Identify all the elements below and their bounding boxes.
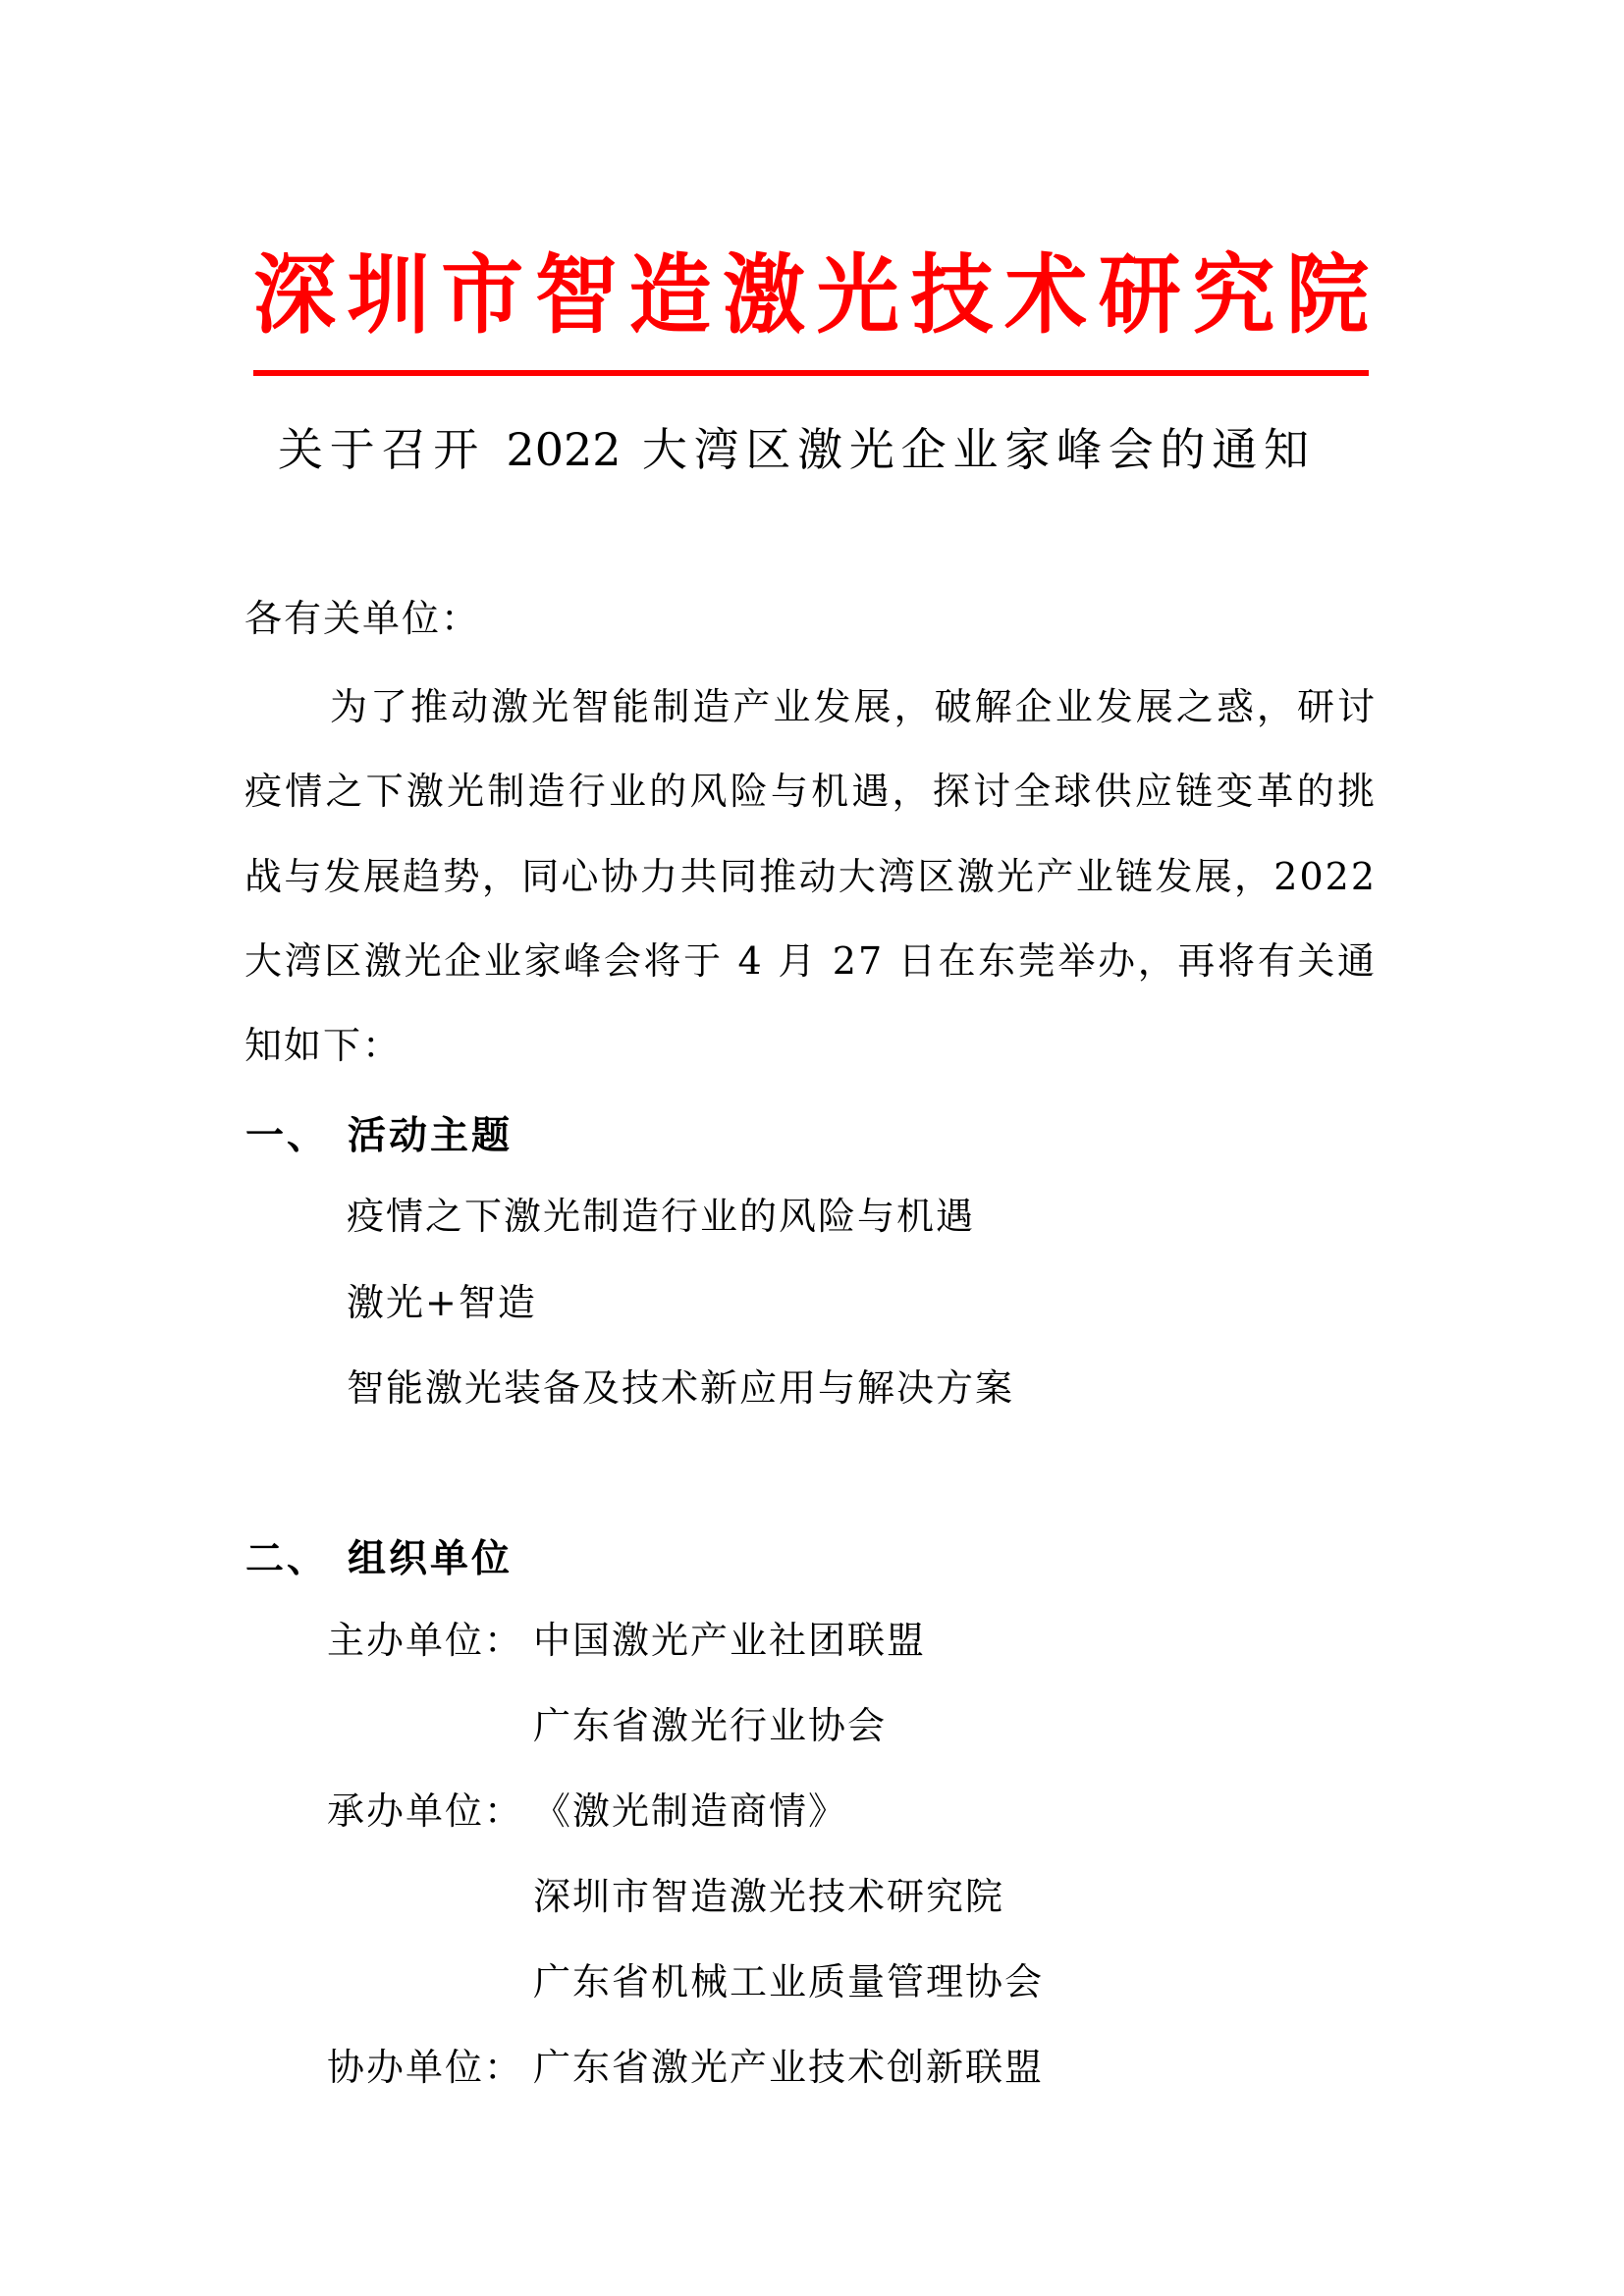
section-title: 活动主题 <box>348 1114 513 1158</box>
host-value: 广东省激光行业协会 <box>533 1703 887 1748</box>
organizer-value: 深圳市智造激光技术研究院 <box>533 1874 1004 1919</box>
organization-letterhead: 深圳市智造激光技术研究院 <box>253 243 1369 347</box>
organizer-label: 承办单位： <box>327 1789 533 1834</box>
section-heading-theme: 一、活动主题 <box>245 1112 513 1161</box>
organizer-value: 《激光制造商情》 <box>533 1789 847 1833</box>
co-organizer-label: 协办单位： <box>327 2045 533 2090</box>
intro-line-3: 战与发展趋势，同心协力共同推动大湾区激光产业链发展，2022 <box>244 854 1377 899</box>
theme-item: 激光+智造 <box>347 1280 537 1325</box>
organizer-row: 承办单位：《激光制造商情》 <box>327 1789 847 1834</box>
organizer-value: 广东省机械工业质量管理协会 <box>533 1959 1044 2004</box>
intro-line-5: 知如下： <box>244 1023 402 1068</box>
salutation: 各有关单位： <box>244 596 480 641</box>
section-number: 一、 <box>245 1112 348 1161</box>
co-organizer-value: 广东省激光产业技术创新联盟 <box>533 2046 1044 2089</box>
host-row: 主办单位：中国激光产业社团联盟 <box>327 1618 926 1663</box>
theme-item: 智能激光装备及技术新应用与解决方案 <box>347 1365 1014 1411</box>
section-number: 二、 <box>245 1535 348 1584</box>
co-organizer-row: 协办单位：广东省激光产业技术创新联盟 <box>327 2045 1044 2090</box>
host-value: 中国激光产业社团联盟 <box>533 1619 926 1662</box>
letterhead-divider <box>253 370 1369 376</box>
intro-line-1: 为了推动激光智能制造产业发展，破解企业发展之惑，研讨 <box>244 684 1377 729</box>
section-heading-organizers: 二、组织单位 <box>245 1535 513 1584</box>
section-title: 组织单位 <box>348 1537 513 1581</box>
intro-line-4: 大湾区激光企业家峰会将于 4 月 27 日在东莞举办，再将有关通 <box>244 938 1377 984</box>
document-title: 关于召开 2022 大湾区激光企业家峰会的通知 <box>278 420 1309 479</box>
intro-line-2: 疫情之下激光制造行业的风险与机遇，探讨全球供应链变革的挑 <box>244 769 1377 814</box>
theme-item: 疫情之下激光制造行业的风险与机遇 <box>347 1194 975 1239</box>
host-label: 主办单位： <box>327 1618 533 1663</box>
